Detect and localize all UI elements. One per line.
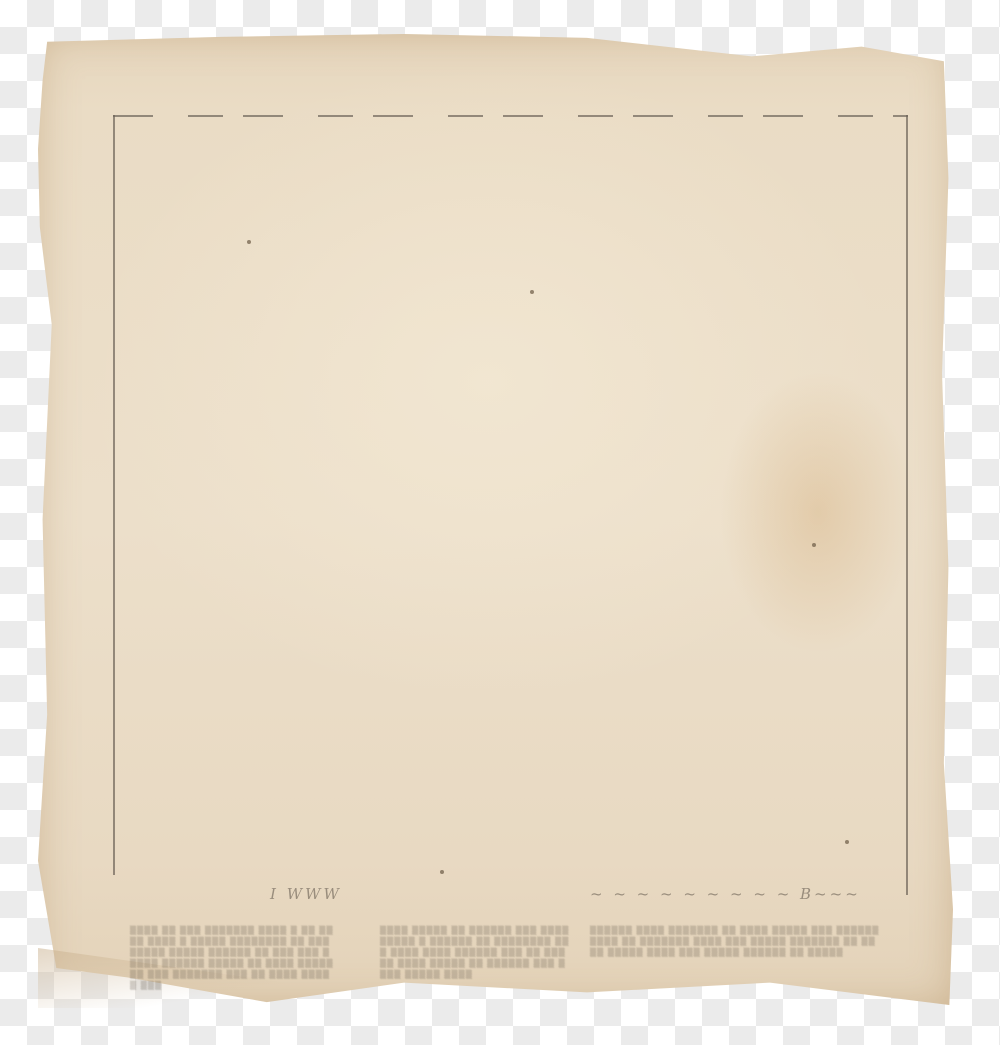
newsprint-column-1: ▒▒▒▒ ▒▒ ▒▒▒ ▒▒▒▒▒▒▒ ▒▒▒▒ ▒ ▒▒ ▒▒▒▒ ▒▒▒▒ … <box>130 925 335 1000</box>
border-line-top <box>113 115 908 117</box>
ink-spot <box>845 840 849 844</box>
ink-spot <box>440 870 444 874</box>
masthead-left: I WWW <box>270 885 342 903</box>
newsprint-column-3: ▒▒▒▒▒▒ ▒▒▒▒ ▒▒▒▒▒▒▒ ▒▒ ▒▒▒▒ ▒▒▒▒▒ ▒▒▒ ▒▒… <box>590 925 880 1000</box>
border-line-right <box>906 115 908 895</box>
newsprint-column-2: ▒▒▒▒ ▒▒▒▒▒ ▒▒ ▒▒▒▒▒▒ ▒▒▒ ▒▒▒▒ ▒▒▒▒▒ ▒ ▒▒… <box>380 925 570 1000</box>
masthead-right: ~ ~ ~ ~ ~ ~ ~ ~ ~ B~~~ <box>590 885 861 903</box>
ink-spot <box>530 290 534 294</box>
ink-spot <box>247 240 251 244</box>
border-line-left <box>113 115 115 875</box>
ink-spot <box>812 543 816 547</box>
torn-paper-sheet <box>38 32 953 1007</box>
